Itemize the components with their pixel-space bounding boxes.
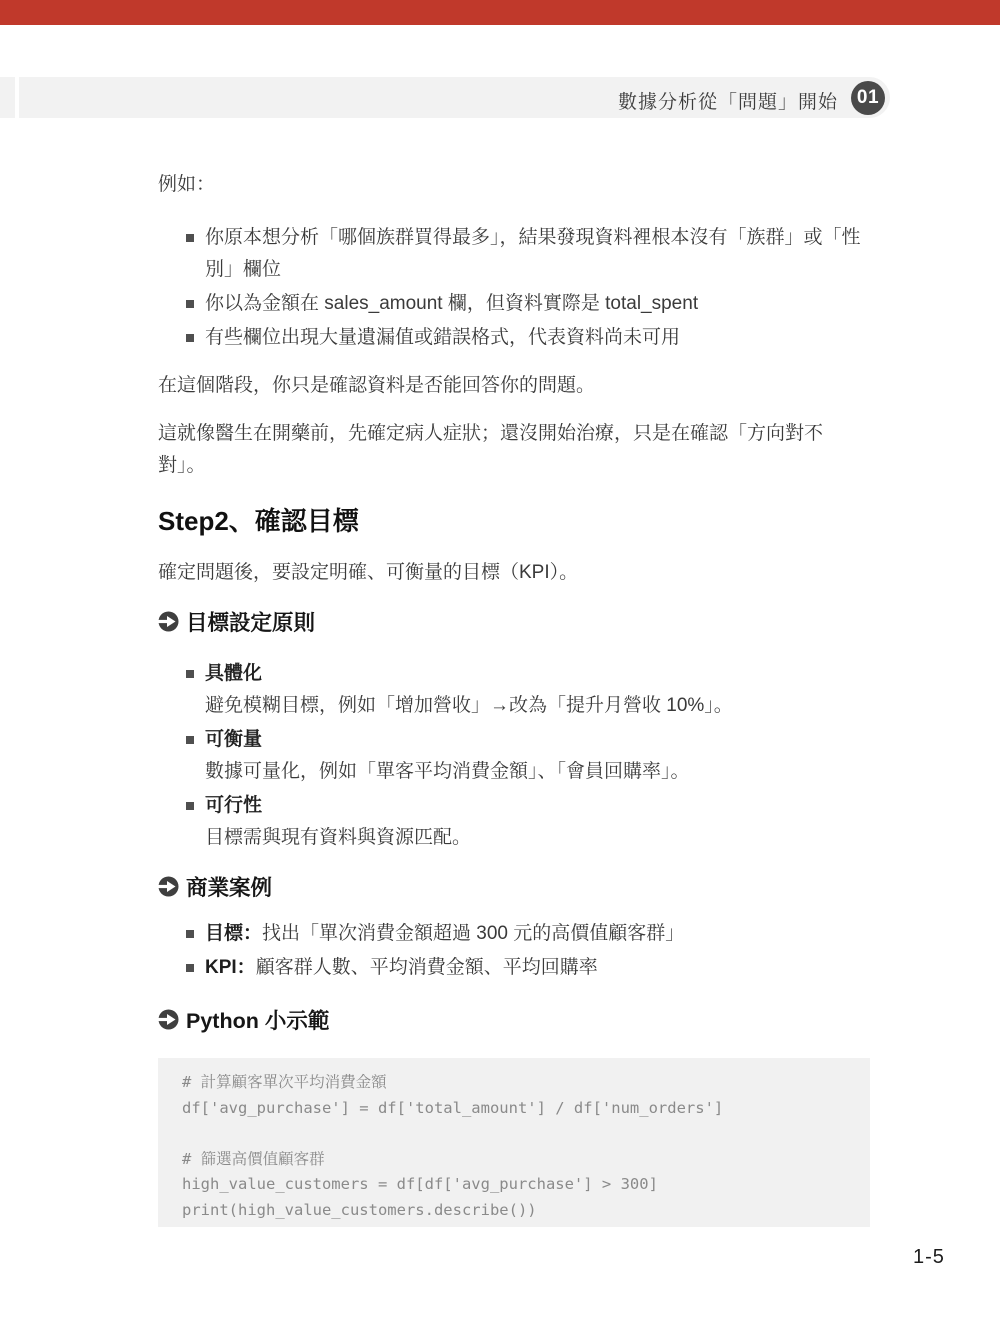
intro-bullet-list: 你原本想分析「哪個族群買得最多」，結果發現資料裡根本沒有「族群」或「性別」欄位 … <box>158 222 870 354</box>
principle-desc: 目標需與現有資料與資源匹配。 <box>205 822 870 854</box>
paragraph: 在這個階段，你只是確認資料是否能回答你的問題。 <box>158 370 870 402</box>
item-text: 顧客群人數、平均消費金額、平均回購率 <box>256 957 598 978</box>
step2-intro: 確定問題後，要設定明確、可衡量的目標（KPI）。 <box>158 557 870 589</box>
book-page: { "colors": { "chapter_strip": "#c0392b"… <box>0 0 1000 1341</box>
principles-list: 具體化 避免模糊目標，例如「增加營收」→改為「提升月營收 10%」。 可衡量 數… <box>158 658 870 854</box>
list-item: 可行性 目標需與現有資料與資源匹配。 <box>158 790 870 854</box>
code-comment: # 計算顧客單次平均消費金額 <box>182 1070 846 1096</box>
list-item: KPI：顧客群人數、平均消費金額、平均回購率 <box>158 952 870 984</box>
list-item: 你原本想分析「哪個族群買得最多」，結果發現資料裡根本沒有「族群」或「性別」欄位 <box>158 222 870 286</box>
principle-title: 可行性 <box>205 790 870 822</box>
principle-title: 具體化 <box>205 658 870 690</box>
item-lead: KPI： <box>205 957 256 978</box>
item-lead: 目標： <box>205 923 262 944</box>
section-title: 商業案例 <box>186 871 272 902</box>
section-header-python-demo: Python 小示範 <box>158 1005 870 1033</box>
section-title: 目標設定原則 <box>186 606 315 637</box>
paragraph: 這就像醫生在開藥前，先確定病人症狀；還沒開始治療，只是在確認「方向對不對」。 <box>158 418 870 482</box>
step2-heading: Step2、確認目標 <box>158 505 870 537</box>
principle-desc: 避免模糊目標，例如「增加營收」→改為「提升月營收 10%」。 <box>205 690 870 722</box>
code-block: # 計算顧客單次平均消費金額 df['avg_purchase'] = df['… <box>158 1058 870 1227</box>
circle-right-arrow-icon <box>158 611 179 632</box>
business-case-list: 目標：找出「單次消費金額超過 300 元的高價值顧客群」 KPI：顧客群人數、平… <box>158 918 870 984</box>
item-text: 找出「單次消費金額超過 300 元的高價值顧客群」 <box>262 923 684 944</box>
list-item: 目標：找出「單次消費金額超過 300 元的高價值顧客群」 <box>158 918 870 950</box>
principle-desc: 數據可量化，例如「單客平均消費金額」、「會員回購率」。 <box>205 756 870 788</box>
header-band-left-stub <box>0 77 15 118</box>
code-blank-line <box>182 1121 846 1147</box>
principle-title: 可衡量 <box>205 724 870 756</box>
code-line: df['avg_purchase'] = df['total_amount'] … <box>182 1096 846 1122</box>
list-item: 你以為金額在 sales_amount 欄，但資料實際是 total_spent <box>158 288 870 320</box>
circle-right-arrow-icon <box>158 1009 179 1030</box>
section-header-principles: 目標設定原則 <box>158 607 870 635</box>
intro-lead: 例如： <box>158 174 870 196</box>
code-comment: # 篩選高價值顧客群 <box>182 1147 846 1173</box>
page-number: 1-5 <box>913 1246 945 1269</box>
list-item: 有些欄位出現大量遺漏值或錯誤格式，代表資料尚未可用 <box>158 322 870 354</box>
code-line: print(high_value_customers.describe()) <box>182 1198 846 1224</box>
code-line: high_value_customers = df[df['avg_purcha… <box>182 1172 846 1198</box>
circle-right-arrow-icon <box>158 876 179 897</box>
page-content: 例如： 你原本想分析「哪個族群買得最多」，結果發現資料裡根本沒有「族群」或「性別… <box>158 0 870 1227</box>
list-item: 具體化 避免模糊目標，例如「增加營收」→改為「提升月營收 10%」。 <box>158 658 870 722</box>
section-title: Python 小示範 <box>186 1004 329 1035</box>
list-item: 可衡量 數據可量化，例如「單客平均消費金額」、「會員回購率」。 <box>158 724 870 788</box>
section-header-business-case: 商業案例 <box>158 872 870 900</box>
